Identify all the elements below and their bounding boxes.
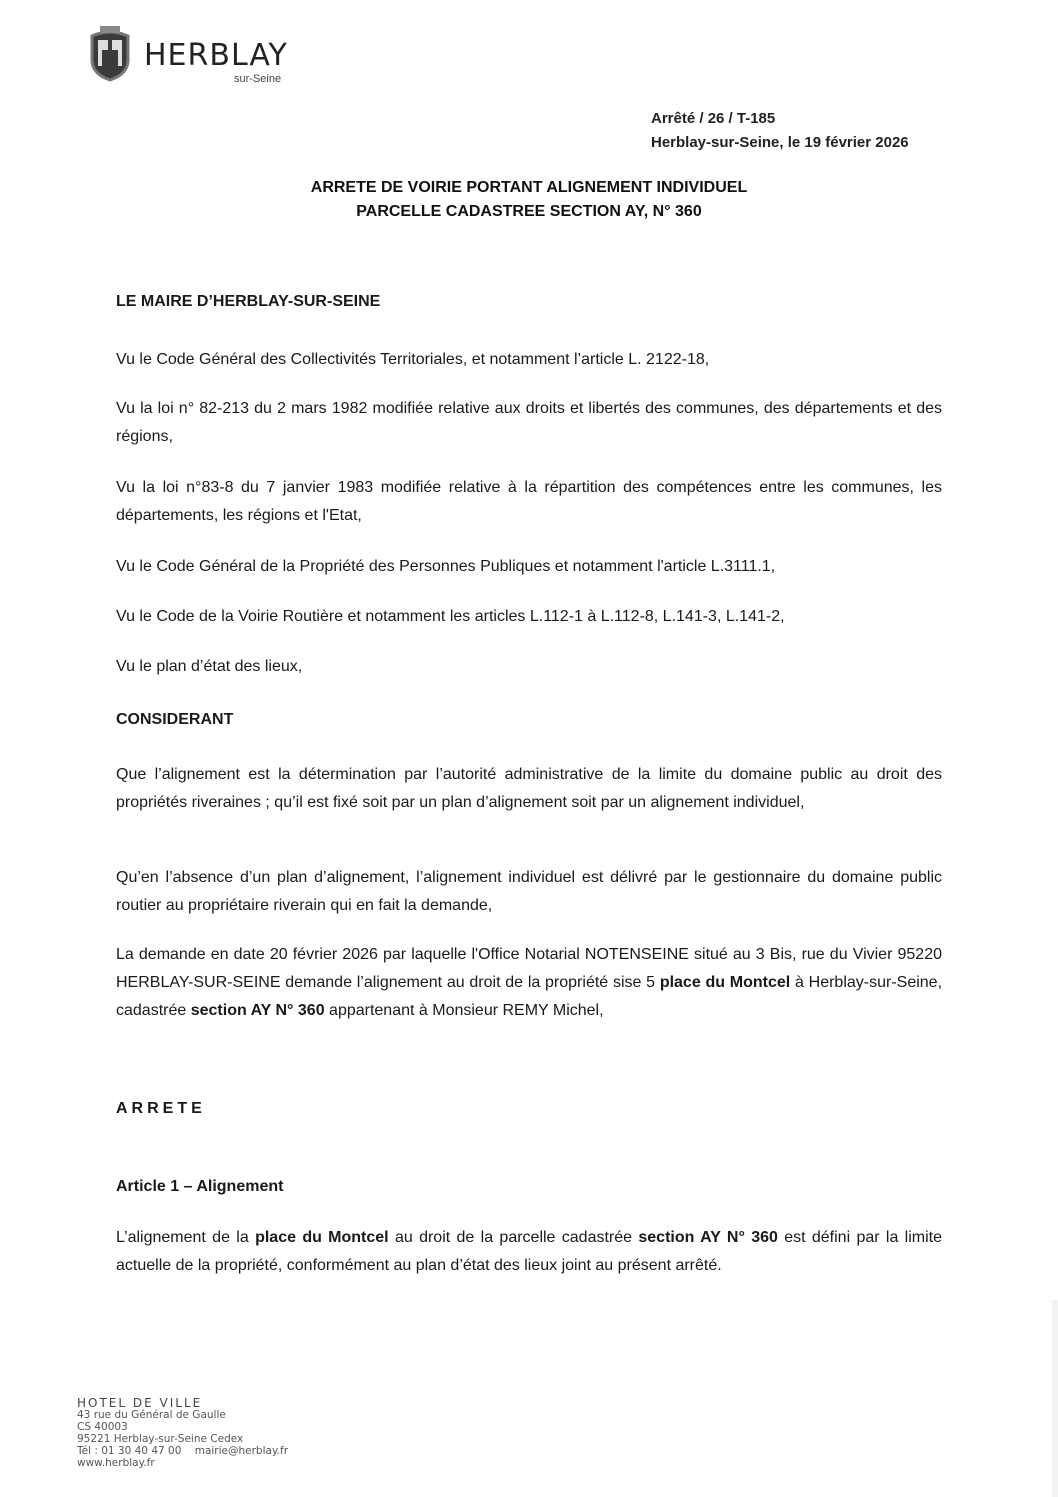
vu-text: Vu le Code de la Voirie Routière et nota… (116, 603, 942, 631)
vu-text: Vu le plan d’état des lieux, (116, 653, 942, 681)
demande-address: place du Montcel (660, 974, 790, 991)
article-address: place du Montcel (255, 1229, 389, 1246)
arrete-heading: ARRETE (116, 1095, 942, 1123)
demande-text: La demande en date 20 février 2026 par l… (116, 941, 942, 1025)
vu-text: Vu la loi n°83-8 du 7 janvier 1983 modif… (116, 474, 942, 530)
herblay-logo: HERBLAY sur-Seine (86, 24, 326, 88)
considerant-text: Que l’alignement est la détermination pa… (116, 761, 942, 817)
vu-2: Vu la loi n° 82-213 du 2 mars 1982 modif… (116, 395, 942, 451)
vu-text: Vu le Code Général des Collectivités Ter… (116, 346, 942, 374)
vu-text: Vu le Code Général de la Propriété des P… (116, 553, 942, 581)
coat-of-arms-icon (86, 26, 134, 82)
footer-line: 43 rue du Général de Gaulle (77, 1409, 288, 1421)
logo-subtitle: sur-Seine (234, 73, 281, 85)
vu-3: Vu la loi n°83-8 du 7 janvier 1983 modif… (116, 474, 942, 530)
footer-line: CS 40003 (77, 1421, 288, 1433)
title-line-1: ARRETE DE VOIRIE PORTANT ALIGNEMENT INDI… (0, 176, 1058, 200)
arrete-heading-text: ARRETE (116, 1095, 942, 1123)
article-1-paragraph: L’alignement de la place du Montcel au d… (116, 1224, 942, 1280)
vu-4: Vu le Code Général de la Propriété des P… (116, 553, 942, 581)
article-1-text: L’alignement de la place du Montcel au d… (116, 1224, 942, 1280)
title-line-2: PARCELLE CADASTREE SECTION AY, N° 360 (0, 200, 1058, 224)
footer-line: Tél : 01 30 40 47 00 mairie@herblay.fr (77, 1445, 288, 1457)
vu-1: Vu le Code Général des Collectivités Ter… (116, 346, 942, 374)
decree-number: Arrêté / 26 / T-185 (651, 107, 909, 131)
document-reference-block: Arrêté / 26 / T-185 Herblay-sur-Seine, l… (651, 107, 909, 155)
demande-parcel: section AY N° 360 (191, 1002, 325, 1019)
document-title: ARRETE DE VOIRIE PORTANT ALIGNEMENT INDI… (0, 176, 1058, 224)
authority-heading: LE MAIRE D’HERBLAY-SUR-SEINE (116, 288, 942, 316)
considerant-heading-text: CONSIDERANT (116, 706, 942, 734)
footer-line: www.herblay.fr (77, 1457, 288, 1469)
demande-part: appartenant à Monsieur REMY Michel, (325, 1002, 604, 1019)
considerant-heading: CONSIDERANT (116, 706, 942, 734)
place-and-date: Herblay-sur-Seine, le 19 février 2026 (651, 131, 909, 155)
scan-edge (1052, 1300, 1058, 1497)
considerant-1: Que l’alignement est la détermination pa… (116, 761, 942, 817)
vu-5: Vu le Code de la Voirie Routière et nota… (116, 603, 942, 631)
considerant-text: Qu’en l’absence d’un plan d’alignement, … (116, 864, 942, 920)
footer-heading: HOTEL DE VILLE (77, 1397, 288, 1409)
article-heading-text: Article 1 – Alignement (116, 1173, 942, 1201)
footer-address: HOTEL DE VILLE 43 rue du Général de Gaul… (77, 1397, 288, 1469)
vu-6: Vu le plan d’état des lieux, (116, 653, 942, 681)
article-part: L’alignement de la (116, 1229, 255, 1246)
demande-paragraph: La demande en date 20 février 2026 par l… (116, 941, 942, 1025)
authority-text: LE MAIRE D’HERBLAY-SUR-SEINE (116, 288, 942, 316)
article-1-heading: Article 1 – Alignement (116, 1173, 942, 1201)
vu-text: Vu la loi n° 82-213 du 2 mars 1982 modif… (116, 395, 942, 451)
logo-name: HERBLAY (144, 38, 288, 73)
considerant-2: Qu’en l’absence d’un plan d’alignement, … (116, 864, 942, 920)
article-parcel: section AY N° 360 (638, 1229, 778, 1246)
footer-line: 95221 Herblay-sur-Seine Cedex (77, 1433, 288, 1445)
article-part: au droit de la parcelle cadastrée (389, 1229, 639, 1246)
